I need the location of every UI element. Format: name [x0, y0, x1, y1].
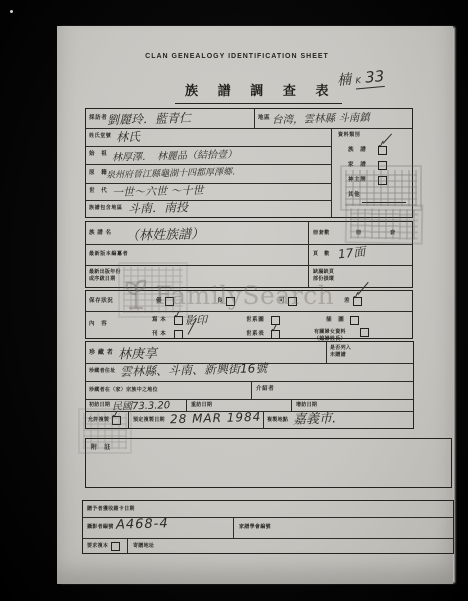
- content-women-label: 有關婦女資料: [314, 329, 346, 335]
- volumes-label: 冊套數: [313, 230, 330, 237]
- pubyear-label-line2: 或序跋日期: [89, 276, 116, 282]
- section-owner-visits: 珍 藏 者 林庚享 是否列入 未贈譜 珍藏者住址 雲林縣、斗南、新興街16號 珍…: [85, 341, 414, 429]
- thanks-card-date-label: 贈予者獲收謝卡日期: [87, 506, 135, 512]
- content-printed-label: 刊 本: [152, 331, 166, 338]
- revisit-label: 重訪日期: [191, 402, 212, 408]
- sheet-title-chinese: 族 譜 調 查 表: [175, 80, 342, 104]
- interviewer-value: 劉麗玲．藍青仁: [107, 109, 191, 128]
- archive-seal-stamp: [78, 408, 132, 454]
- owner-address-value: 雲林縣、斗南、新興街16號: [120, 359, 268, 380]
- copy-date-value: 28 MAR 1984: [170, 410, 262, 426]
- surname-hall-label: 姓氏堂號: [89, 133, 111, 140]
- section-archive-numbers: 贈予者獲收謝卡日期 攝影者編號 A468-4 家譜學會編號 要求複本 寄贈地址: [82, 500, 454, 554]
- photographer-number-value: A468-4: [116, 516, 169, 532]
- cond-fair-label: 可: [279, 298, 285, 305]
- condition-label: 保存狀況: [89, 298, 113, 305]
- copy-date-label: 預定複製日期: [133, 417, 165, 423]
- cond-good-label: 良: [217, 298, 223, 305]
- film-note-char: 楠: [336, 72, 351, 89]
- material-opt-zupu-label: 族 譜: [348, 147, 366, 154]
- generations-label: 世 代: [89, 188, 107, 195]
- region-value: 台湾，雲林縣 斗南鎮: [272, 110, 370, 128]
- photographer-number-label: 攝影者編號: [87, 524, 114, 530]
- content-chart-label: 世系圖: [246, 317, 264, 324]
- pages-value: 17面: [337, 243, 366, 263]
- copy-place-value: 嘉義市.: [293, 407, 337, 427]
- origin-label: 原 籍: [89, 170, 107, 177]
- genealogy-name-label: 族 譜 名: [89, 230, 112, 237]
- missing-label-line1: 缺漏缺頁: [313, 269, 334, 275]
- first-ancestor-label: 始 祖: [89, 151, 107, 158]
- content-women-checkbox: [360, 328, 369, 337]
- listed-label-line2: 未贈譜: [330, 352, 346, 358]
- material-type-label: 資料類別: [338, 132, 360, 139]
- content-manuscript-label: 寫 本: [152, 317, 166, 324]
- listed-label-line1: 是否列入: [330, 345, 351, 351]
- copy-place-label: 複製地點: [267, 417, 288, 423]
- content-illustration-checkbox: [350, 316, 359, 325]
- coverage-label: 族譜包含地區: [89, 205, 123, 212]
- generations-value: 一世～六世 ～十世: [112, 182, 204, 200]
- microfilm-photo: CLAN GENEALOGY IDENTIFICATION SHEET 族 譜 …: [0, 0, 468, 601]
- compiler-label: 最新版本編纂者: [89, 251, 128, 258]
- missing-label-line2: 部份損壞: [313, 276, 334, 282]
- section-notes: 附 註: [85, 438, 452, 488]
- content-printed-checkbox: [174, 330, 183, 339]
- cond-fair-checkbox: [288, 297, 297, 306]
- surname-hall-value: 林氏: [116, 128, 140, 146]
- content-table-label: 世系表: [246, 331, 264, 338]
- coverage-value: 斗南．南投: [128, 198, 188, 217]
- copy-request-label: 要求複本: [87, 543, 108, 549]
- interviewer-label: 採訪者: [89, 115, 107, 122]
- pages-label: 頁 數: [313, 251, 330, 258]
- copy-request-checkbox: [111, 542, 120, 551]
- first-ancestor-value: 林厚澤． 林麗品（結拾壹）: [112, 145, 237, 163]
- society-number-label: 家譜學會編號: [239, 524, 271, 530]
- owner-address-label: 珍藏者住址: [89, 368, 116, 374]
- genealogy-name-value: （林姓族譜）: [126, 223, 204, 244]
- content-label: 內 容: [89, 321, 107, 328]
- pubyear-label-line1: 最新出版年份: [89, 269, 121, 275]
- film-note-sub: K: [355, 76, 361, 85]
- owner-label: 珍 藏 者: [89, 350, 113, 357]
- content-table-checkmark: ✓: [269, 323, 280, 334]
- mail-address-label: 寄贈地址: [133, 543, 154, 549]
- film-note: 楠 K 33: [336, 66, 385, 90]
- owner-position-label: 珍藏者在（家）宗族中之地位: [89, 387, 158, 393]
- archive-seal-stamp: [118, 262, 188, 318]
- cond-good-checkbox: [226, 297, 235, 306]
- genealogy-sheet: CLAN GENEALOGY IDENTIFICATION SHEET 族 譜 …: [57, 26, 453, 584]
- cond-poor-label: 差: [344, 298, 350, 305]
- content-illustration-label: 插 圖: [326, 317, 344, 324]
- sheet-title-english: CLAN GENEALOGY IDENTIFICATION SHEET: [87, 53, 387, 60]
- introducer-label: 介紹者: [256, 386, 274, 393]
- film-note-num: 33: [364, 67, 385, 87]
- region-label: 地區: [258, 115, 270, 122]
- origin-value: 泉州府晉江縣龜湖十四都厚澤鄉．: [106, 164, 241, 181]
- archive-seal-stamp: [345, 203, 424, 244]
- film-speck: [10, 10, 13, 13]
- owner-value: 林庚享: [118, 342, 157, 362]
